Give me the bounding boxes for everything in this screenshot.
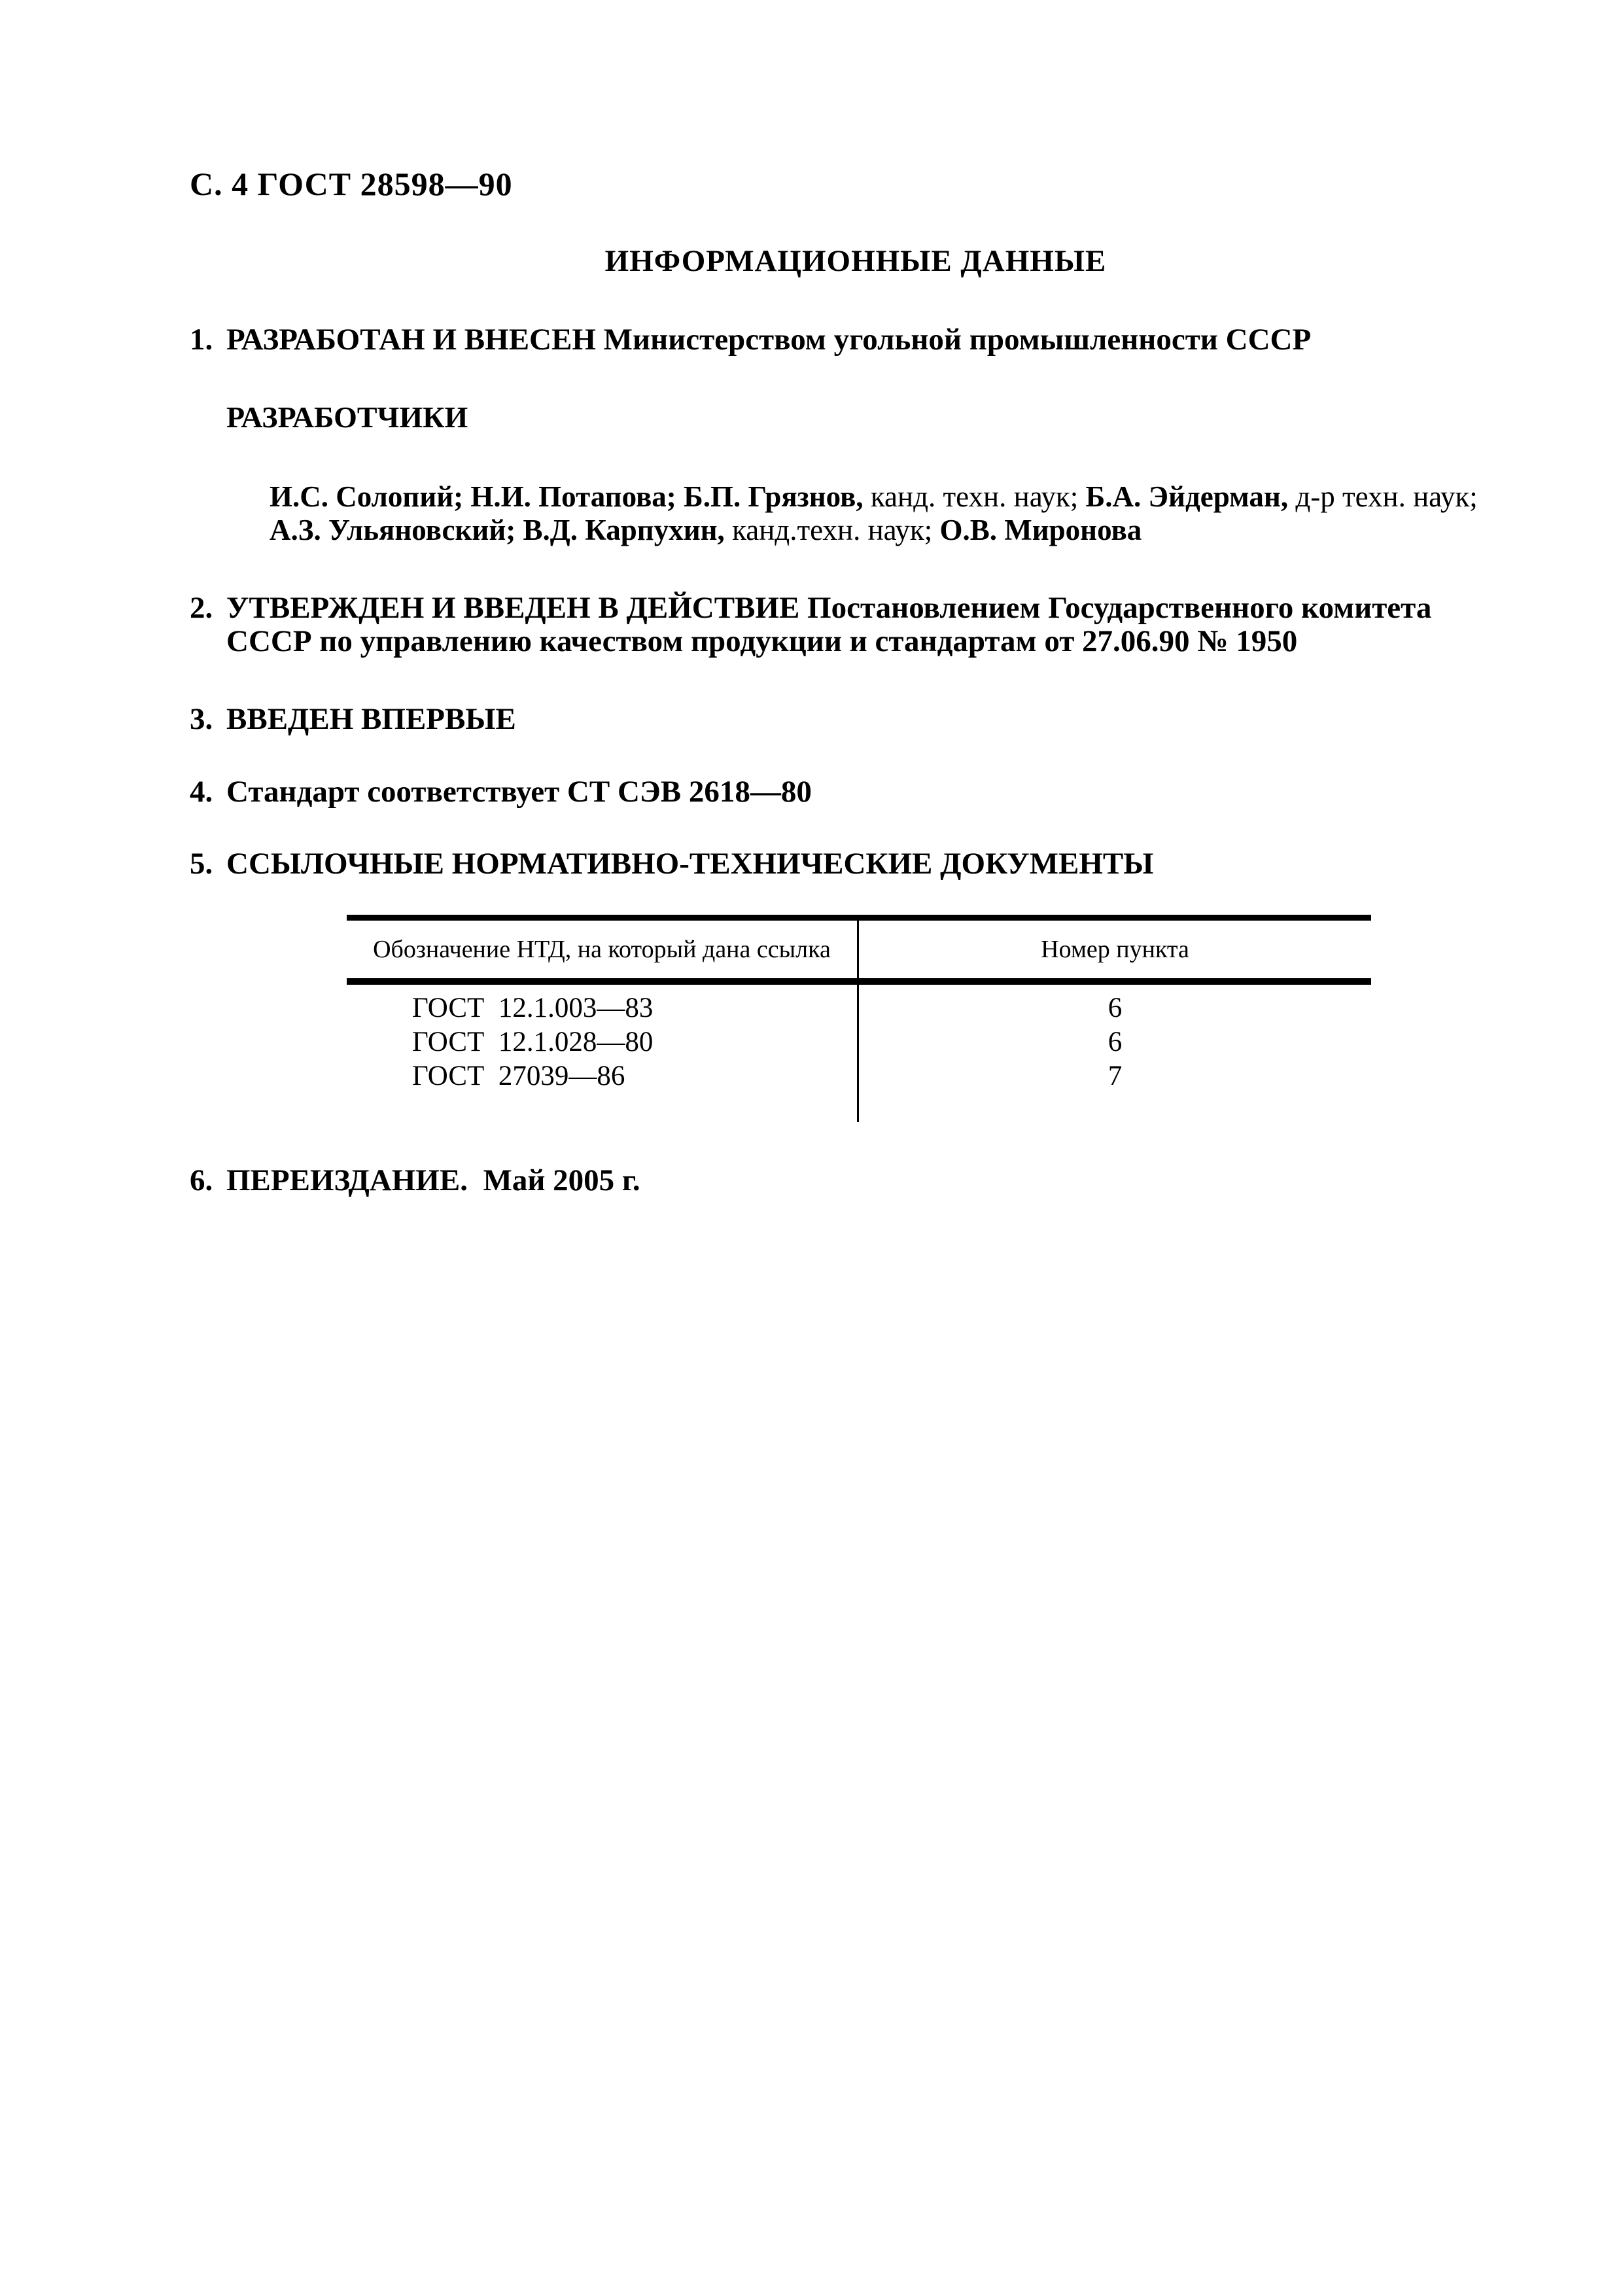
- page-header: С. 4 ГОСТ 28598—90: [190, 165, 1522, 203]
- table-row-punkt: 6: [859, 1028, 1371, 1062]
- section-4-text: Стандарт соответствует СТ СЭВ 2618—80: [226, 775, 1522, 809]
- section-4: 4. Стандарт соответствует СТ СЭВ 2618—80: [190, 775, 1522, 809]
- references-table-punkt-column: 6 6 7: [859, 985, 1371, 1122]
- document-page: С. 4 ГОСТ 28598—90 ИНФОРМАЦИОННЫЕ ДАННЫЕ…: [0, 0, 1623, 2296]
- developers-line-1: И.С. Солопий; Н.И. Потапова; Б.П. Грязно…: [270, 480, 1522, 514]
- section-6-number: 6.: [190, 1164, 226, 1197]
- references-table-header-punkt: Номер пункта: [859, 930, 1371, 969]
- developer-names: О.В. Миронова: [939, 514, 1142, 546]
- section-5-number: 5.: [190, 847, 226, 881]
- section-6: 6. ПЕРЕИЗДАНИЕ. Май 2005 г.: [190, 1164, 1522, 1197]
- references-table-header-ntd: Обозначение НТД, на который дана ссылка: [347, 921, 859, 978]
- developers-heading: РАЗРАБОТЧИКИ: [226, 400, 1522, 434]
- section-4-number: 4.: [190, 775, 226, 809]
- section-3-number: 3.: [190, 703, 226, 736]
- references-table-double-rule: [347, 978, 1371, 985]
- page-title: ИНФОРМАЦИОННЫЕ ДАННЫЕ: [190, 243, 1522, 279]
- developer-degree: канд.техн. наук;: [725, 514, 940, 546]
- section-5-text: ССЫЛОЧНЫЕ НОРМАТИВНО-ТЕХНИЧЕСКИЕ ДОКУМЕН…: [226, 847, 1522, 881]
- developers-line-2: А.З. Ульяновский; В.Д. Карпухин, канд.те…: [270, 514, 1522, 547]
- section-1-text: РАЗРАБОТАН И ВНЕСЕН Министерством угольн…: [226, 323, 1522, 357]
- table-row-ntd: ГОСТ 12.1.028—80: [412, 1028, 857, 1062]
- references-table-header-row: Обозначение НТД, на который дана ссылка …: [347, 921, 1371, 978]
- table-row-punkt: 6: [859, 994, 1371, 1028]
- section-6-text: ПЕРЕИЗДАНИЕ. Май 2005 г.: [226, 1164, 1522, 1197]
- section-3: 3. ВВЕДЕН ВПЕРВЫЕ: [190, 703, 1522, 736]
- developer-names: И.С. Солопий; Н.И. Потапова; Б.П. Грязно…: [270, 480, 864, 513]
- section-5: 5. ССЫЛОЧНЫЕ НОРМАТИВНО-ТЕХНИЧЕСКИЕ ДОКУ…: [190, 847, 1522, 881]
- developer-degree: д-р техн. наук;: [1288, 480, 1478, 513]
- references-table: Обозначение НТД, на который дана ссылка …: [347, 915, 1371, 1122]
- section-1: 1. РАЗРАБОТАН И ВНЕСЕН Министерством уго…: [190, 323, 1522, 357]
- section-1-number: 1.: [190, 323, 226, 357]
- developer-names: Б.А. Эйдерман,: [1086, 480, 1289, 513]
- developers-list: И.С. Солопий; Н.И. Потапова; Б.П. Грязно…: [270, 480, 1522, 548]
- section-3-text: ВВЕДЕН ВПЕРВЫЕ: [226, 703, 1522, 736]
- section-2: 2. УТВЕРЖДЕН И ВВЕДЕН В ДЕЙСТВИЕ Постано…: [190, 592, 1522, 658]
- references-table-body: ГОСТ 12.1.003—83 ГОСТ 12.1.028—80 ГОСТ 2…: [347, 985, 1371, 1122]
- developer-names: А.З. Ульяновский; В.Д. Карпухин,: [270, 514, 725, 546]
- section-2-number: 2.: [190, 592, 226, 625]
- references-table-ntd-column: ГОСТ 12.1.003—83 ГОСТ 12.1.028—80 ГОСТ 2…: [347, 985, 859, 1122]
- table-row-punkt: 7: [859, 1062, 1371, 1096]
- table-row-ntd: ГОСТ 27039—86: [412, 1062, 857, 1096]
- section-2-text: УТВЕРЖДЕН И ВВЕДЕН В ДЕЙСТВИЕ Постановле…: [226, 592, 1522, 658]
- table-row-ntd: ГОСТ 12.1.003—83: [412, 994, 857, 1028]
- developer-degree: канд. техн. наук;: [864, 480, 1086, 513]
